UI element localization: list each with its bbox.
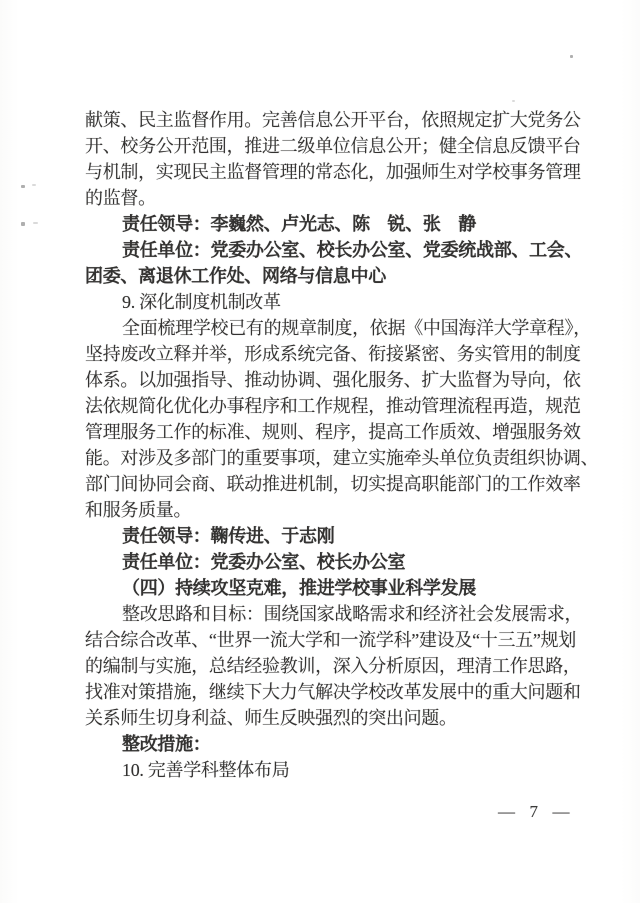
document-line: 9. 深化制度机制改革 [85, 289, 585, 315]
document-line: 的监督。 [85, 185, 585, 211]
document-line: （四）持续攻坚克难，推进学校事业科学发展 [85, 575, 585, 601]
document-line: 和服务质量。 [85, 497, 585, 523]
document-line: 法依规简化优化办事程序和工作规程，推动管理流程再造，规范 [85, 393, 585, 419]
document-line: 责任单位：党委办公室、校长办公室 [85, 549, 585, 575]
document-line: 整改措施： [85, 731, 585, 757]
document-line: 责任单位：党委办公室、校长办公室、党委统战部、工会、 [85, 237, 585, 263]
document-line: 管理服务工作的标准、规则、程序，提高工作质效、增强服务效 [85, 419, 585, 445]
document-line: 全面梳理学校已有的规章制度，依据《中国海洋大学章程》， [85, 315, 585, 341]
document-line: 责任领导：鞠传进、于志刚 [85, 523, 585, 549]
document-line: 能。对涉及多部门的重要事项，建立实施牵头单位负责组织协调、 [85, 445, 585, 471]
scan-speck [512, 100, 515, 102]
document-line: 与机制，实现民主监督管理的常态化，加强师生对学校事务管理 [85, 159, 585, 185]
scan-speck [570, 55, 573, 58]
document-body: 献策、民主监督作用。完善信息公开平台，依照规定扩大党务公开、校务公开范围，推进二… [85, 107, 585, 783]
document-line: 献策、民主监督作用。完善信息公开平台，依照规定扩大党务公 [85, 107, 585, 133]
document-line: 部门间协同会商、联动推进机制，切实提高职能部门的工作效率 [85, 471, 585, 497]
scan-speck [21, 185, 25, 188]
document-line: 责任领导：李巍然、卢光志、陈 锐、张 静 [85, 211, 585, 237]
document-line: 整改思路和目标：围绕国家战略需求和经济社会发展需求， [85, 601, 585, 627]
document-line: 体系。以加强指导、推动协调、强化服务、扩大监督为导向，依 [85, 367, 585, 393]
document-line: 找准对策措施，继续下大力气解决学校改革发展中的重大问题和 [85, 679, 585, 705]
scan-speck [32, 184, 36, 186]
document-page: 献策、民主监督作用。完善信息公开平台，依照规定扩大党务公开、校务公开范围，推进二… [0, 0, 640, 903]
document-line: 团委、离退休工作处、网络与信息中心 [85, 263, 585, 289]
document-line: 结合综合改革、“世界一流大学和一流学科”建设及“十三五”规划 [85, 627, 585, 653]
scan-speck [33, 222, 38, 224]
scan-speck [21, 222, 25, 226]
document-line: 10. 完善学科整体布局 [85, 757, 585, 783]
document-line: 关系师生切身利益、师生反映强烈的突出问题。 [85, 705, 585, 731]
page-number: — 7 — [498, 802, 572, 822]
document-line: 开、校务公开范围，推进二级单位信息公开；健全信息反馈平台 [85, 133, 585, 159]
document-line: 的编制与实施，总结经验教训，深入分析原因，理清工作思路， [85, 653, 585, 679]
document-line: 坚持废改立释并举，形成系统完备、衔接紧密、务实管用的制度 [85, 341, 585, 367]
